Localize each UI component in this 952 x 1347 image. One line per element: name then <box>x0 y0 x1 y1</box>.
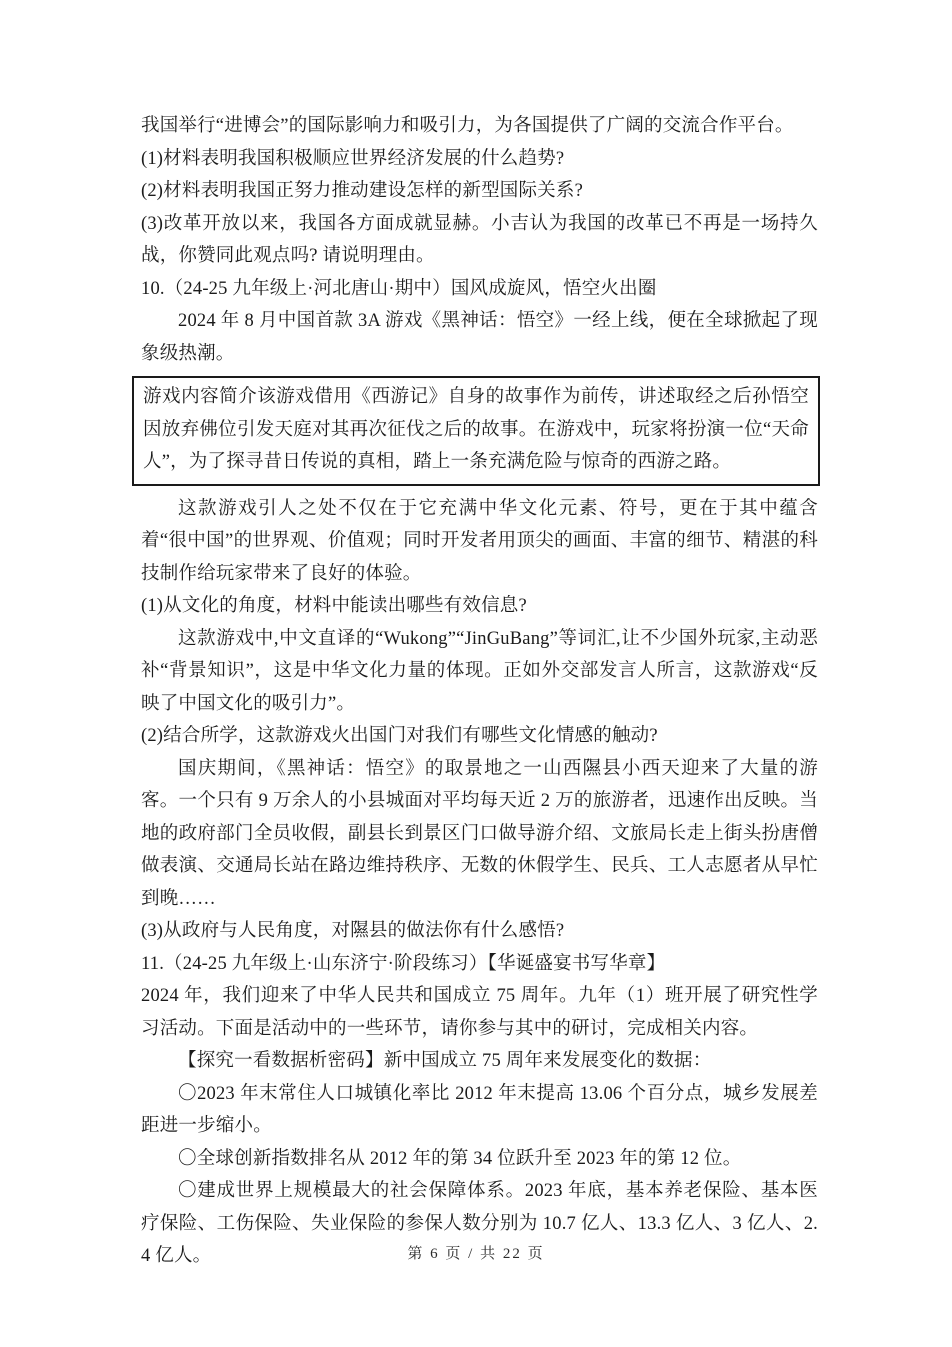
game-description-box: 游戏内容简介该游戏借用《西游记》自身的故事作为前传，讲述取经之后孙悟空因放弃佛位… <box>132 376 820 486</box>
question10-subquestion-3: (3)从政府与人民角度，对隰县的做法你有什么感悟? <box>141 915 818 948</box>
question11-explore-heading: 【探究一看数据析密码】新中国成立 75 周年来发展变化的数据： <box>141 1045 818 1078</box>
question9-subquestion-2: (2)材料表明我国正努力推动建设怎样的新型国际关系? <box>141 175 818 208</box>
question11-heading: 11.（24-25 九年级上·山东济宁·阶段练习）【华诞盛宴书写华章】 <box>141 948 818 981</box>
question11-intro-text: 2024 年，我们迎来了中华人民共和国成立 75 周年。九年（1）班开展了研究性… <box>141 980 818 1045</box>
page-number-label: 第 6 页 / 共 22 页 <box>407 1246 544 1262</box>
question10-subquestion-2: (2)结合所学，这款游戏火出国门对我们有哪些文化情感的触动? <box>141 720 818 753</box>
exam-paper-page: 我国举行“进博会”的国际影响力和吸引力，为各国提供了广阔的交流合作平台。 (1)… <box>0 0 952 1347</box>
question10-subquestion-1: (1)从文化的角度，材料中能读出哪些有效信息? <box>141 590 818 623</box>
question10-heading: 10.（24-25 九年级上·河北唐山·期中）国风成旋风，悟空火出圈 <box>141 273 818 306</box>
question10-lead-paragraph: 2024 年 8 月中国首款 3A 游戏《黑神话：悟空》一经上线，便在全球掀起了… <box>141 305 818 370</box>
question11-data-point-2: 〇全球创新指数排名从 2012 年的第 34 位跃升至 2023 年的第 12 … <box>141 1143 818 1176</box>
page-content: 我国举行“进博会”的国际影响力和吸引力，为各国提供了广阔的交流合作平台。 (1)… <box>141 110 818 1273</box>
question10-paragraph-2: 这款游戏中,中文直译的“Wukong”“JinGuBang”等词汇,让不少国外玩… <box>141 623 818 721</box>
question9-subquestion-3: (3)改革开放以来，我国各方面成就显赫。小吉认为我国的改革已不再是一场持久战，你… <box>141 208 818 273</box>
question11-data-point-1: 〇2023 年末常住人口城镇化率比 2012 年末提高 13.06 个百分点，城… <box>141 1078 818 1143</box>
question10-paragraph-3: 国庆期间，《黑神话：悟空》的取景地之一山西隰县小西天迎来了大量的游客。一个只有 … <box>141 753 818 916</box>
game-description-text: 游戏内容简介该游戏借用《西游记》自身的故事作为前传，讲述取经之后孙悟空因放弃佛位… <box>143 381 809 479</box>
question10-paragraph-1: 这款游戏引人之处不仅在于它充满中华文化元素、符号，更在于其中蕴含着“很中国”的世… <box>141 493 818 591</box>
page-footer: 第 6 页 / 共 22 页 <box>0 1242 952 1263</box>
question9-intro-text: 我国举行“进博会”的国际影响力和吸引力，为各国提供了广阔的交流合作平台。 <box>141 110 818 143</box>
question9-subquestion-1: (1)材料表明我国积极顺应世界经济发展的什么趋势? <box>141 143 818 176</box>
